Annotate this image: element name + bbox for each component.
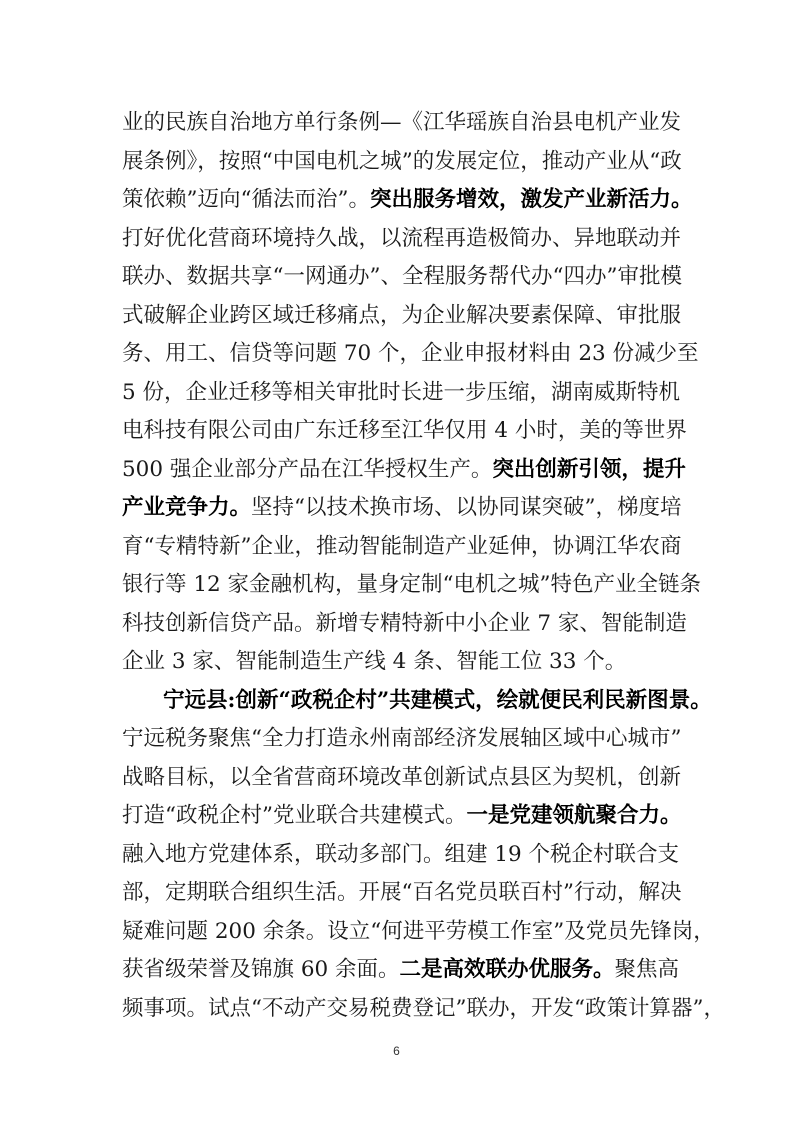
text-segment: 育“专精特新”企业，推动智能制造产业延伸，协调江华农商 (122, 534, 682, 559)
page-number: 6 (0, 1044, 793, 1058)
text-line: 务、用工、信贷等问题 70 个，企业申报材料由 23 份减少至 (122, 335, 674, 374)
emphasis-segment: 一是党建领航聚合力。 (467, 803, 682, 828)
text-segment: 疑难问题 200 余条。设立“何进平劳模工作室”及党员先锋岗， (122, 919, 715, 944)
text-line: 策依赖”迈向“循法而治”。突出服务增效，激发产业新活力。 (122, 181, 674, 220)
text-segment: 部，定期联合组织生活。开展“百名党员联百村”行动，解决 (122, 880, 682, 905)
text-line: 获省级荣誉及锦旗 60 余面。二是高效联办优服务。聚焦高 (122, 951, 674, 990)
text-segment: 宁远税务聚焦“全力打造永州南部经济发展轴区域中心城市” (122, 726, 682, 751)
text-segment: 电科技有限公司由广东迁移至江华仅用 4 小时，美的等世界 (122, 418, 687, 443)
text-line: 频事项。试点“不动产交易税费登记”联办，开发“政策计算器”， (122, 990, 674, 1029)
body-text: 业的民族自治地方单行条例—《江华瑶族自治县电机产业发展条例》，按照“中国电机之城… (122, 104, 674, 1028)
text-segment: 打造“政税企村”党业联合共建模式。 (122, 803, 467, 828)
text-segment: 500 强企业部分产品在江华授权生产。 (122, 457, 492, 482)
text-line: 疑难问题 200 余条。设立“何进平劳模工作室”及党员先锋岗， (122, 913, 674, 952)
text-line: 融入地方党建体系，联动多部门。组建 19 个税企村联合支 (122, 836, 674, 875)
text-segment: 战略目标，以全省营商环境改革创新试点县区为契机，创新 (122, 765, 681, 790)
text-segment: 坚持“以技术换市场、以协同谋突破”，梯度培 (251, 495, 682, 520)
emphasis-segment: 宁远县 (163, 688, 228, 713)
text-line: 业的民族自治地方单行条例—《江华瑶族自治县电机产业发 (122, 104, 674, 143)
document-page: 业的民族自治地方单行条例—《江华瑶族自治县电机产业发展条例》，按照“中国电机之城… (0, 0, 793, 1122)
text-segment: 打好优化营商环境持久战，以流程再造极简办、异地联动并 (122, 226, 681, 251)
text-line: 打好优化营商环境持久战，以流程再造极简办、异地联动并 (122, 220, 674, 259)
text-line: 企业 3 家、智能制造生产线 4 条、智能工位 33 个。 (122, 643, 674, 682)
text-line: 宁远税务聚焦“全力打造永州南部经济发展轴区域中心城市” (122, 720, 674, 759)
text-segment: 融入地方党建体系，联动多部门。组建 19 个税企村联合支 (122, 842, 679, 867)
text-segment: 聚焦高 (615, 957, 680, 982)
text-line: 展条例》，按照“中国电机之城”的发展定位，推动产业从“政 (122, 143, 674, 182)
emphasis-segment: :创新“政税企村”共建模式，绘就便民利民新图景。 (228, 688, 712, 713)
text-segment: 业的民族自治地方单行条例—《江华瑶族自治县电机产业发 (122, 110, 681, 135)
text-line: 联办、数据共享“一网通办”、全程服务帮代办“四办”审批模 (122, 258, 674, 297)
text-segment: 企业 3 家、智能制造生产线 4 条、智能工位 33 个。 (122, 649, 626, 674)
text-segment: 5 份，企业迁移等相关审批时长进一步压缩，湖南威斯特机 (122, 380, 680, 405)
text-line: 战略目标，以全省营商环境改革创新试点县区为契机，创新 (122, 759, 674, 798)
text-line: 式破解企业跨区域迁移痛点，为企业解决要素保障、审批服 (122, 297, 674, 336)
text-segment: 务、用工、信贷等问题 70 个，企业申报材料由 23 份减少至 (122, 341, 699, 366)
text-line: 5 份，企业迁移等相关审批时长进一步压缩，湖南威斯特机 (122, 374, 674, 413)
text-segment: 频事项。试点“不动产交易税费登记”联办，开发“政策计算器”， (122, 996, 725, 1021)
text-segment: 策依赖”迈向“循法而治”。 (122, 187, 370, 212)
text-segment: 科技创新信贷产品。新增专精特新中小企业 7 家、智能制造 (122, 611, 687, 636)
text-line: 打造“政税企村”党业联合共建模式。一是党建领航聚合力。 (122, 797, 674, 836)
emphasis-segment: 产业竞争力。 (122, 495, 251, 520)
text-segment: 联办、数据共享“一网通办”、全程服务帮代办“四办”审批模 (122, 264, 682, 289)
text-line: 银行等 12 家金融机构，量身定制“电机之城”特色产业全链条 (122, 566, 674, 605)
section-heading-line: 宁远县:创新“政税企村”共建模式，绘就便民利民新图景。 (122, 682, 674, 721)
text-line: 育“专精特新”企业，推动智能制造产业延伸，协调江华农商 (122, 528, 674, 567)
emphasis-segment: 突出服务增效，激发产业新活力。 (370, 187, 693, 212)
emphasis-segment: 二是高效联办优服务。 (400, 957, 615, 982)
text-line: 科技创新信贷产品。新增专精特新中小企业 7 家、智能制造 (122, 605, 674, 644)
text-segment: 展条例》，按照“中国电机之城”的发展定位，推动产业从“政 (122, 149, 682, 174)
text-line: 500 强企业部分产品在江华授权生产。突出创新引领，提升 (122, 451, 674, 490)
text-line: 部，定期联合组织生活。开展“百名党员联百村”行动，解决 (122, 874, 674, 913)
emphasis-segment: 突出创新引领，提升 (492, 457, 686, 482)
text-line: 电科技有限公司由广东迁移至江华仅用 4 小时，美的等世界 (122, 412, 674, 451)
text-segment: 式破解企业跨区域迁移痛点，为企业解决要素保障、审批服 (122, 303, 681, 328)
text-segment: 获省级荣誉及锦旗 60 余面。 (122, 957, 400, 982)
text-segment: 银行等 12 家金融机构，量身定制“电机之城”特色产业全链条 (122, 572, 701, 597)
text-line: 产业竞争力。坚持“以技术换市场、以协同谋突破”，梯度培 (122, 489, 674, 528)
